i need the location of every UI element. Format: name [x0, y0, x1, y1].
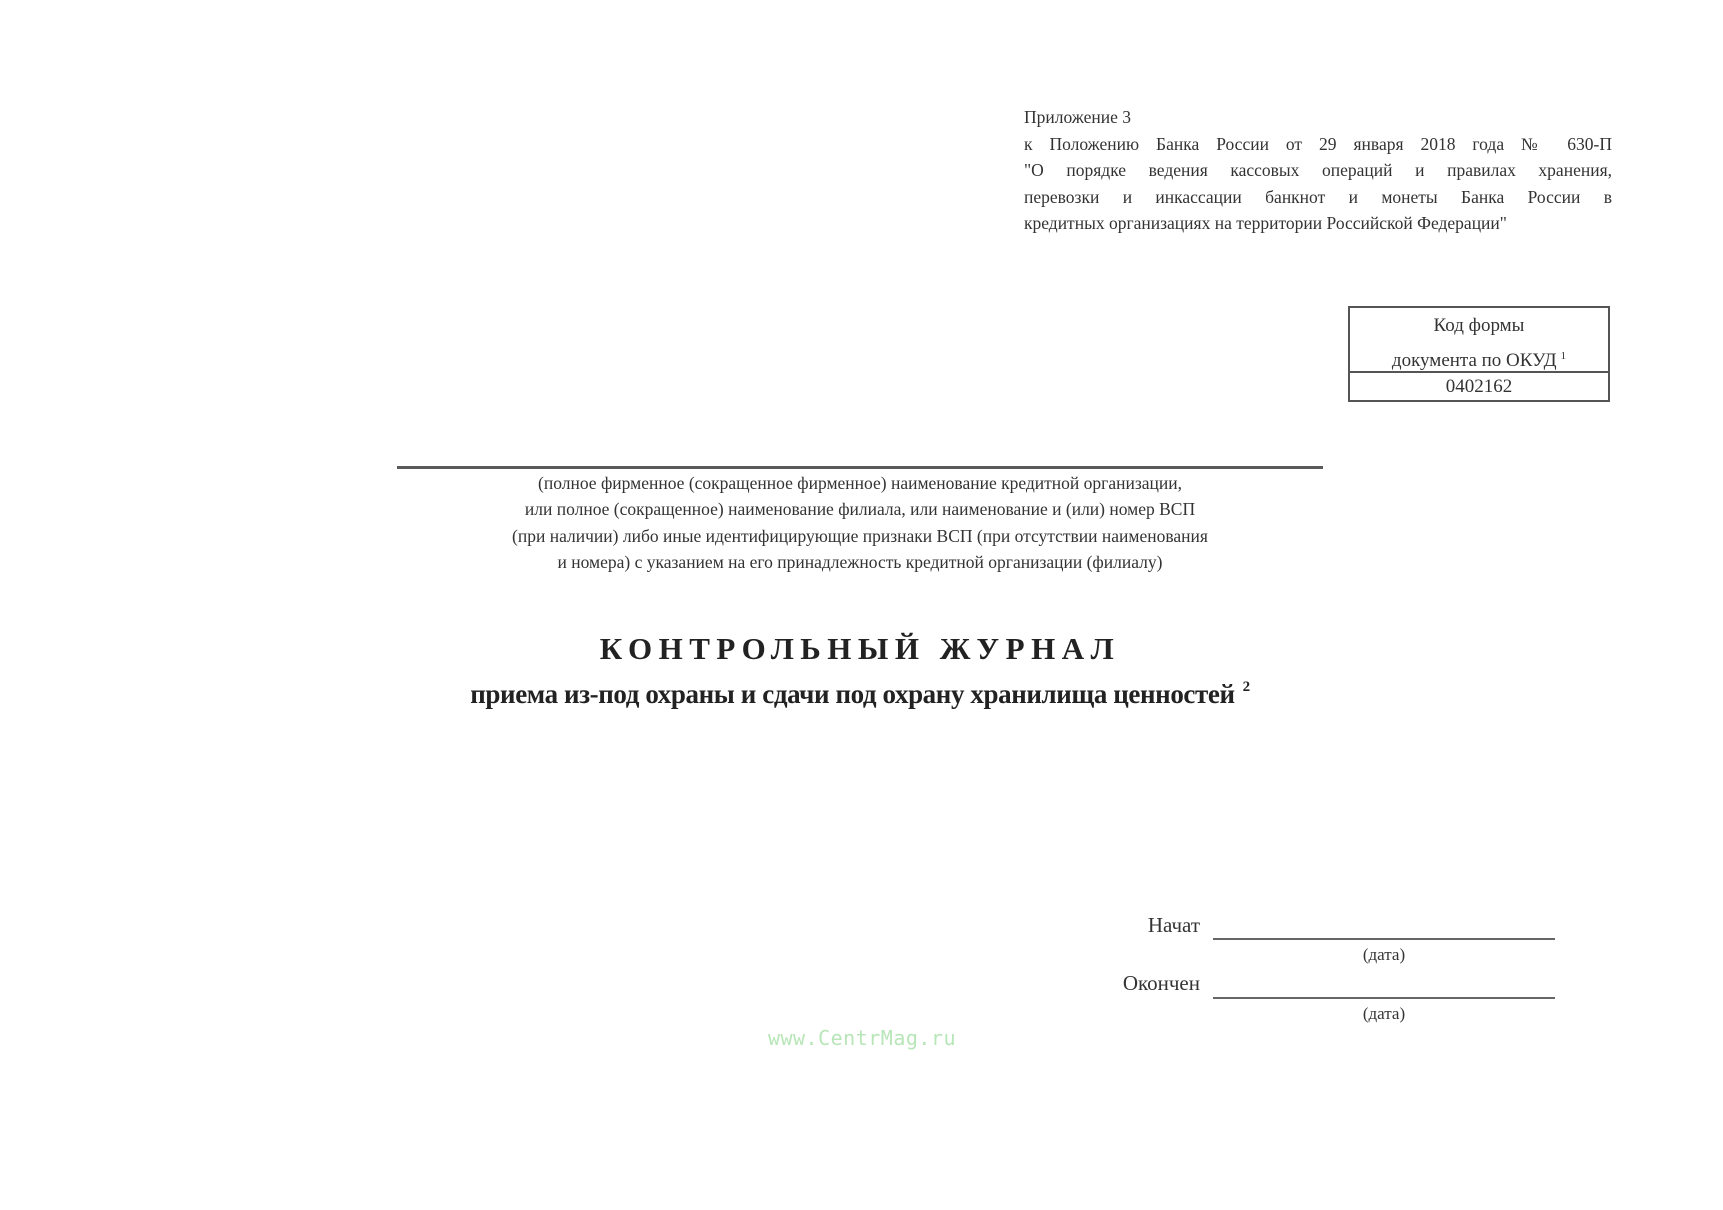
appendix-regulation-title-line-1: "О порядке ведения кассовых операций и п… [1024, 157, 1612, 184]
appendix-regulation: к Положению Банка России от 29 января 20… [1024, 131, 1612, 158]
finished-label: Окончен [1000, 970, 1200, 996]
okud-footnote-mark: 1 [1561, 350, 1567, 362]
okud-label: Код формы документа по ОКУД1 [1350, 308, 1608, 373]
organization-caption-line-3: (при наличии) либо иные идентифицирующие… [397, 523, 1323, 549]
watermark: www.CentrMag.ru [600, 1026, 1124, 1050]
organization-name-field[interactable] [397, 466, 1323, 469]
started-date-caption: (дата) [1213, 944, 1555, 966]
okud-label-line-2-wrap: документа по ОКУД1 [1350, 341, 1608, 376]
organization-caption-line-2: или полное (сокращенное) наименование фи… [397, 496, 1323, 522]
subtitle-footnote-mark: 2 [1243, 679, 1250, 695]
organization-caption-line-4: и номера) с указанием на его принадлежно… [397, 549, 1323, 575]
appendix-regulation-title-line-3: кредитных организациях на территории Рос… [1024, 210, 1612, 237]
appendix-regulation-title-line-2: перевозки и инкассации банкнот и монеты … [1024, 184, 1612, 211]
okud-label-line-1: Код формы [1350, 311, 1608, 341]
finished-date-field[interactable] [1213, 997, 1555, 999]
okud-form-code-box: Код формы документа по ОКУД1 0402162 [1348, 306, 1610, 402]
document-subtitle: приема из-под охраны и сдачи под охрану … [470, 679, 1234, 709]
organization-caption-line-1: (полное фирменное (сокращенное фирменное… [397, 470, 1323, 496]
organization-name-caption: (полное фирменное (сокращенное фирменное… [397, 470, 1323, 575]
document-title: КОНТРОЛЬНЫЙ ЖУРНАЛ [397, 629, 1323, 669]
started-label: Начат [1000, 912, 1200, 938]
started-date-field[interactable] [1213, 938, 1555, 940]
okud-label-line-2: документа по ОКУД [1392, 350, 1557, 371]
finished-date-caption: (дата) [1213, 1003, 1555, 1025]
okud-code: 0402162 [1350, 373, 1608, 400]
appendix-reference: Приложение 3 к Положению Банка России от… [1024, 104, 1612, 237]
appendix-number: Приложение 3 [1024, 104, 1612, 131]
document-subtitle-wrap: приема из-под охраны и сдачи под охрану … [397, 667, 1323, 714]
